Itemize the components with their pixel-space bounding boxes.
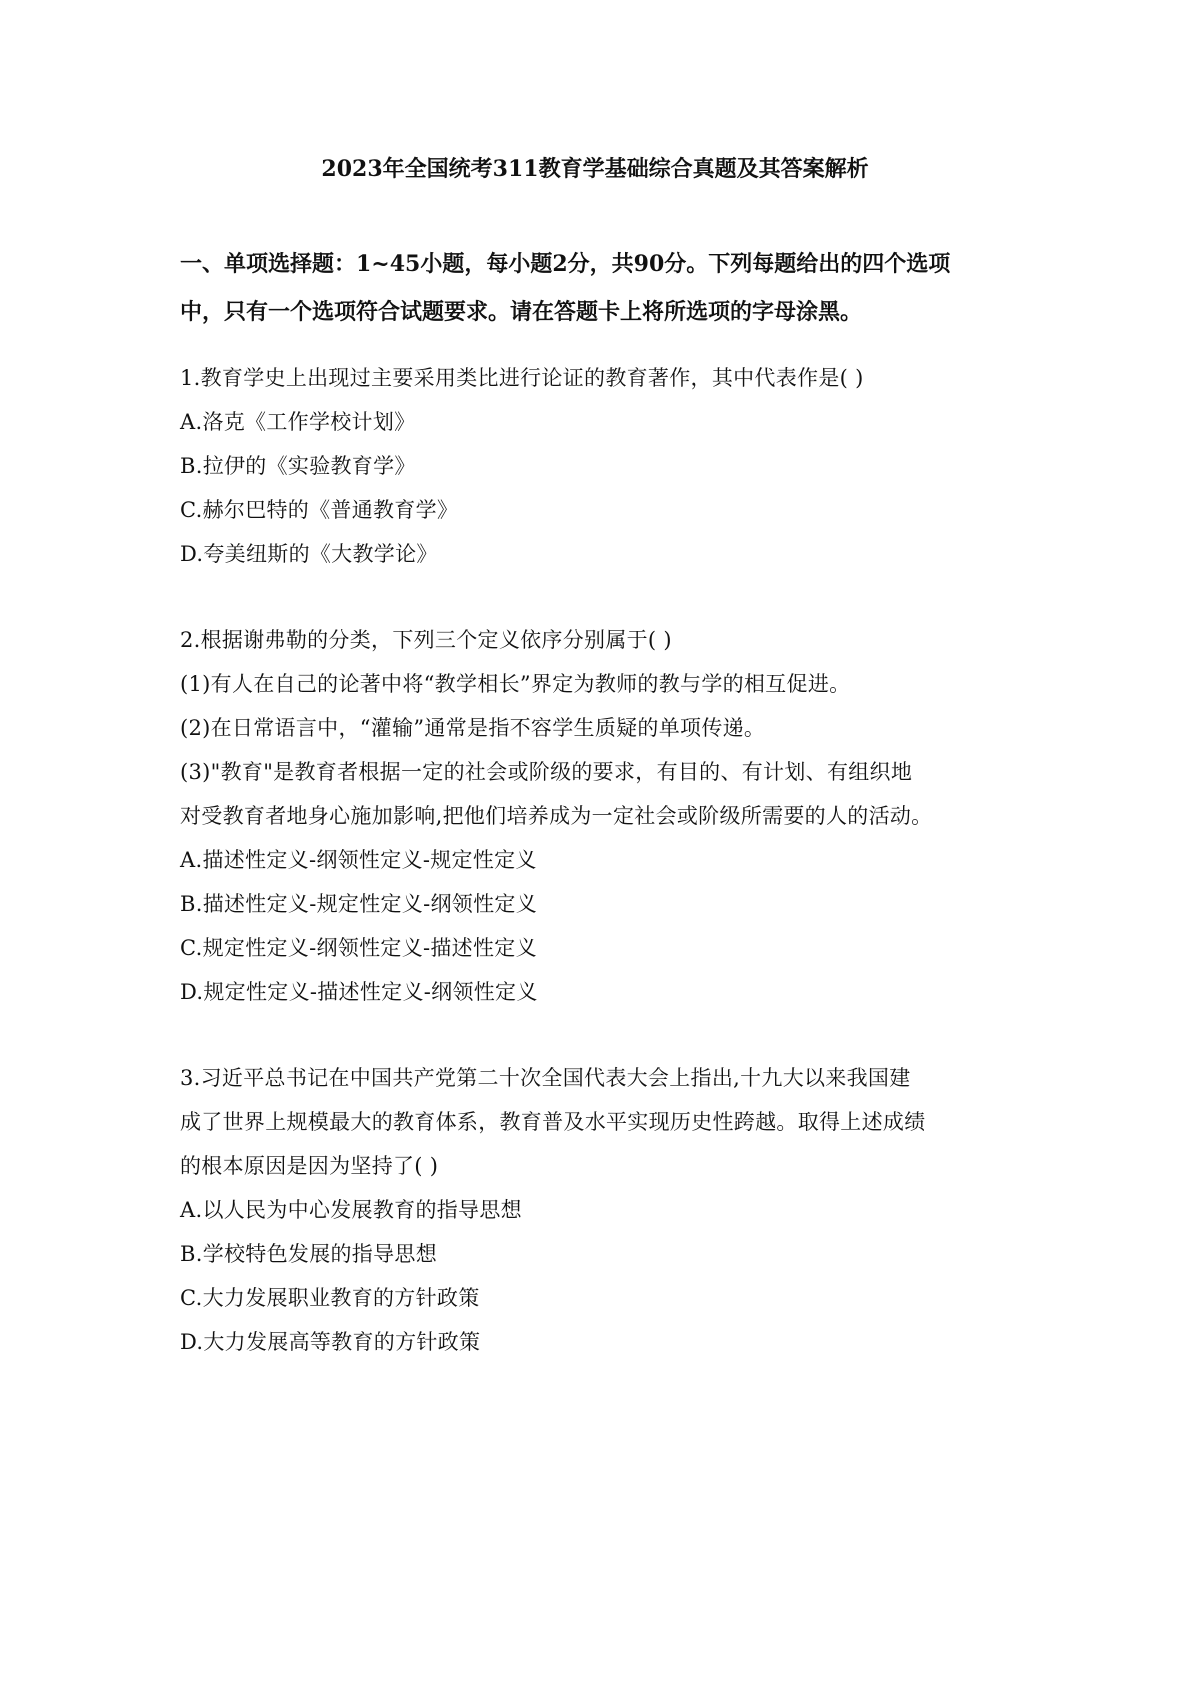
question-2-definition-3: (3)"教育"是教育者根据一定的社会或阶级的要求，有目的、有计划、有组织地 [180,756,912,786]
question-1-option-b: B.拉伊的《实验教育学》 [180,450,416,480]
question-3-option-a: A.以人民为中心发展教育的指导思想 [180,1194,522,1224]
question-2-stem: 2.根据谢弗勒的分类，下列三个定义依序分别属于( ) [180,624,672,654]
question-3-stem: 3.习近平总书记在中国共产党第二十次全国代表大会上指出,十九大以来我国建 [180,1062,911,1092]
instruction-line: 中，只有一个选项符合试题要求。请在答题卡上将所选项的字母涂黑。 [180,288,1030,336]
document-title: 2023年全国统考311教育学基础综合真题及其答案解析 [0,152,1190,183]
question-3-option-b: B.学校特色发展的指导思想 [180,1238,437,1268]
question-1-option-a: A.洛克《工作学校计划》 [180,406,415,436]
document-page: 2023年全国统考311教育学基础综合真题及其答案解析 一、单项选择题：1~45… [0,0,1190,1683]
instruction-line: 一、单项选择题：1~45小题，每小题2分，共90分。下列每题给出的四个选项 [180,240,1030,288]
question-3-option-c: C.大力发展职业教育的方针政策 [180,1282,480,1312]
question-3-stem-cont-1: 成了世界上规模最大的教育体系，教育普及水平实现历史性跨越。取得上述成绩 [180,1106,926,1136]
section-instructions: 一、单项选择题：1~45小题，每小题2分，共90分。下列每题给出的四个选项 中，… [180,240,1030,336]
question-2-option-a: A.描述性定义-纲领性定义-规定性定义 [180,844,537,874]
question-2-definition-2: (2)在日常语言中，“灌输”通常是指不容学生质疑的单项传递。 [180,712,765,742]
question-1-stem: 1.教育学史上出现过主要采用类比进行论证的教育著作，其中代表作是( ) [180,362,864,392]
question-2-option-d: D.规定性定义-描述性定义-纲领性定义 [180,976,538,1006]
question-2-definition-3-cont: 对受教育者地身心施加影响,把他们培养成为一定社会或阶级所需要的人的活动。 [180,800,932,830]
question-1-option-c: C.赫尔巴特的《普通教育学》 [180,494,458,524]
question-3-option-d: D.大力发展高等教育的方针政策 [180,1326,480,1356]
question-1-option-d: D.夸美纽斯的《大教学论》 [180,538,438,568]
question-2-definition-1: (1)有人在自己的论著中将“教学相长”界定为教师的教与学的相互促进。 [180,668,850,698]
question-2-option-c: C.规定性定义-纲领性定义-描述性定义 [180,932,537,962]
question-2-option-b: B.描述性定义-规定性定义-纲领性定义 [180,888,537,918]
question-3-stem-cont-2: 的根本原因是因为坚持了( ) [180,1150,438,1180]
